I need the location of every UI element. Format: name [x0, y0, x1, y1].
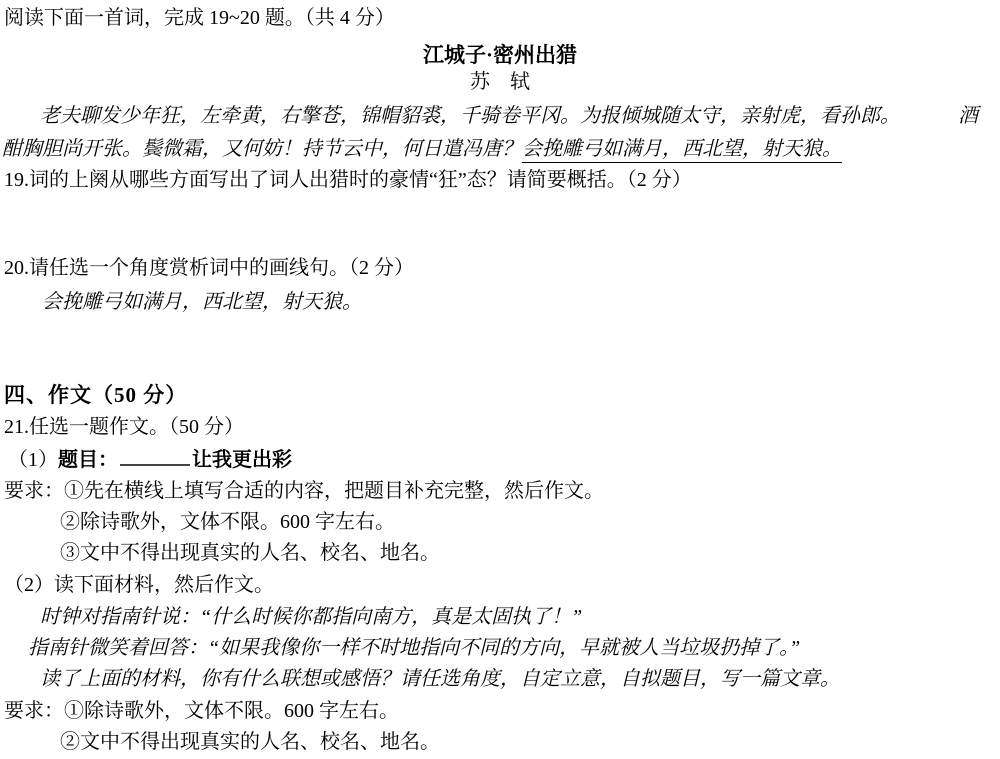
option-1-req-3: ③文中不得出现真实的人名、校名、地名。 — [60, 541, 1000, 565]
option-2-req-2: ②文中不得出现真实的人名、校名、地名。 — [60, 730, 1000, 754]
option-2-label: （2）读下面材料，然后作文。 — [4, 573, 1000, 597]
option-1-title-suffix: 让我更出彩 — [192, 449, 292, 471]
option-1-title-prefix: 题目： — [58, 449, 118, 471]
option-2-material-2: 指南针微笑着回答：“如果我像你一样不时地指向不同的方向，早就被人当垃圾扔掉了。” — [28, 636, 1000, 660]
poem-author: 苏 轼 — [0, 70, 1000, 94]
intro-line: 阅读下面一首词，完成 19~20 题。（共 4 分） — [4, 6, 1000, 30]
question-20-quote: 会挽雕弓如满月，西北望，射天狼。 — [42, 290, 1000, 314]
section-4-heading: 四、作文（50 分） — [4, 383, 1000, 407]
option-2-req-1: ①除诗歌外，文体不限。600 字左右。 — [64, 700, 399, 722]
option-1-requirements-line-1: 要求：①先在横线上填写合适的内容，把题目补充完整，然后作文。 — [4, 479, 1000, 503]
option-1-label: （1） — [8, 449, 58, 471]
poem-line-2-plain: 酣胸胆尚开张。鬓微霜，又何妨！持节云中，何日遣冯唐？ — [2, 138, 522, 160]
poem-line-1-tail: 酒 — [958, 104, 978, 128]
question-19: 19.词的上阕从哪些方面写出了词人出猎时的豪情“狂”态？请简要概括。（2 分） — [4, 168, 1000, 192]
poem-line-1: 老夫聊发少年狂，左牵黄，右擎苍，锦帽貂裘，千骑卷平冈。为报倾城随太守，亲射虎，看… — [0, 104, 1000, 128]
option-1-req-1: ①先在横线上填写合适的内容，把题目补充完整，然后作文。 — [64, 480, 604, 502]
question-20: 20.请任选一个角度赏析词中的画线句。（2 分） — [4, 256, 1000, 280]
exam-paper-page: 阅读下面一首词，完成 19~20 题。（共 4 分） 江城子·密州出猎 苏 轼 … — [0, 0, 1000, 759]
option-2-prompt: 读了上面的材料，你有什么联想或感悟？请任选角度，自定立意，自拟题目，写一篇文章。 — [40, 667, 1000, 691]
poem-title: 江城子·密州出猎 — [0, 43, 1000, 67]
poem-line-2-underlined: 会挽雕弓如满月，西北望，射天狼。 — [522, 138, 842, 163]
option-1-title-line: （1）题目：让我更出彩 — [8, 446, 1000, 472]
question-21: 21.任选一题作文。（50 分） — [4, 415, 1000, 439]
option-1-req-label: 要求： — [4, 480, 64, 502]
option-1-req-2: ②除诗歌外，文体不限。600 字左右。 — [60, 510, 1000, 534]
title-blank-line — [120, 446, 190, 466]
option-2-req-label: 要求： — [4, 700, 64, 722]
poem-line-1-text: 老夫聊发少年狂，左牵黄，右擎苍，锦帽貂裘，千骑卷平冈。为报倾城随太守，亲射虎，看… — [40, 104, 900, 128]
option-2-material-1: 时钟对指南针说：“什么时候你都指向南方，真是太固执了！” — [40, 605, 1000, 629]
option-2-requirements-line-1: 要求：①除诗歌外，文体不限。600 字左右。 — [4, 699, 1000, 723]
poem-line-2: 酣胸胆尚开张。鬓微霜，又何妨！持节云中，何日遣冯唐？会挽雕弓如满月，西北望，射天… — [2, 137, 1000, 161]
